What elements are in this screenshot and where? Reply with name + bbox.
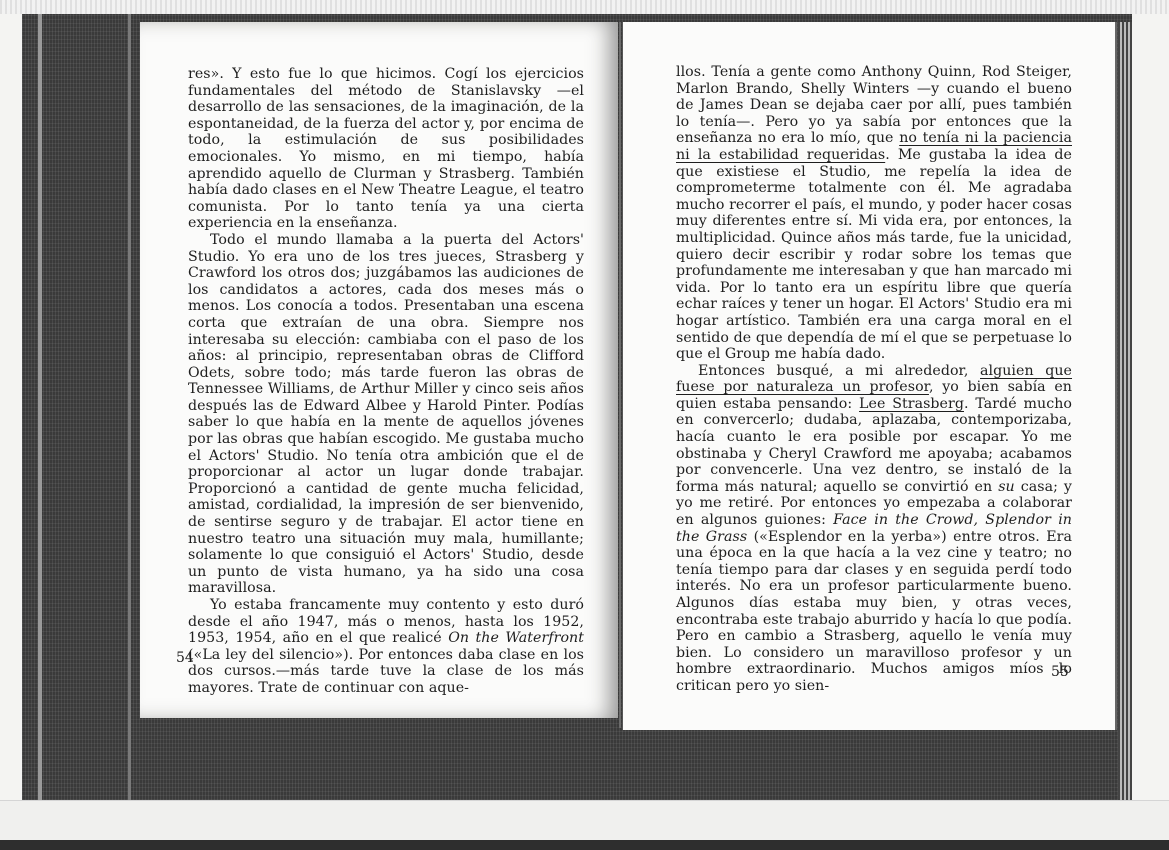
page-number-right: 55 xyxy=(1051,664,1069,680)
book-right-edge xyxy=(1118,22,1132,802)
book-gutter xyxy=(619,22,621,728)
page-number-left: 54 xyxy=(176,650,194,666)
underlined-name: Lee Strasberg xyxy=(859,396,964,412)
paragraph: llos. Tenía a gente como Anthony Quinn, … xyxy=(676,64,1072,363)
text-run: . Me gustaba la idea de que existiese el… xyxy=(676,147,1072,362)
text-run: Entonces busqué, a mi alrededor, xyxy=(698,363,980,379)
emphasis: su xyxy=(998,479,1015,495)
paragraph: Todo el mundo llamaba a la puerta del Ac… xyxy=(188,232,584,597)
film-title: On the Waterfront xyxy=(448,630,584,646)
paragraph: Yo estaba francamente muy contento y est… xyxy=(188,597,584,697)
right-page-text: llos. Tenía a gente como Anthony Quinn, … xyxy=(676,64,1072,695)
scan-bottom-edge xyxy=(0,840,1169,850)
text-run: («La ley del silencio»). Por entonces da… xyxy=(188,647,584,696)
text-run: («Esplendor en la yerba») entre otros. E… xyxy=(676,529,1072,694)
paragraph: Entonces busqué, a mi alrededor, alguien… xyxy=(676,363,1072,695)
scan-top-edge xyxy=(0,0,1169,14)
scan-bottom-margin xyxy=(0,800,1169,841)
scan-artifact-line xyxy=(38,14,42,800)
paragraph: res». Y esto fue lo que hicimos. Cogí lo… xyxy=(188,66,584,232)
left-page-text: res». Y esto fue lo que hicimos. Cogí lo… xyxy=(188,66,584,697)
scan-artifact-line xyxy=(128,14,131,800)
